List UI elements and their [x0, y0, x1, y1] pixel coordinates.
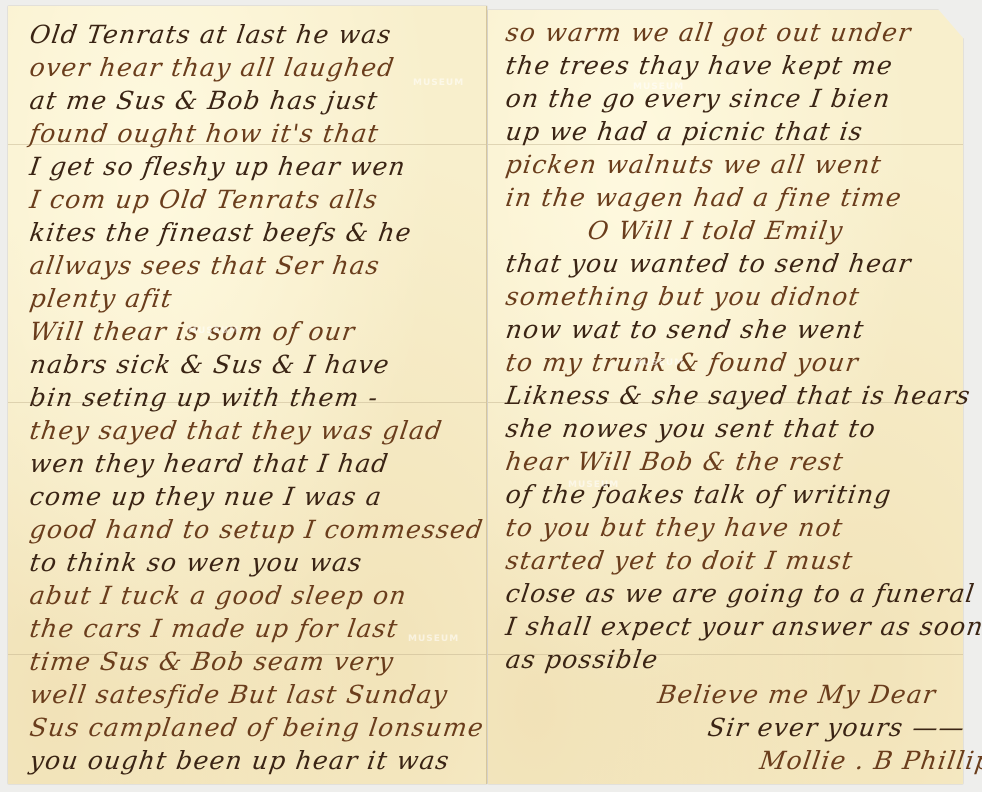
- handwritten-line: at me Sus & Bob has just: [28, 86, 380, 115]
- folded-corner: [938, 9, 964, 39]
- handwritten-line: hear Will Bob & the rest: [504, 447, 846, 476]
- handwritten-line: allways sees that Ser has: [28, 251, 382, 280]
- handwritten-line: to think so wen you was: [28, 548, 364, 577]
- watermark-stamp: MUSEUM: [188, 326, 239, 336]
- handwritten-line: the trees thay have kept me: [504, 51, 895, 80]
- watermark-stamp: MUSEUM: [413, 78, 464, 88]
- handwritten-line: to you but they have not: [504, 513, 845, 542]
- handwritten-line: on the go every since I bien: [504, 84, 893, 113]
- closing-salutation: Sir ever yours ——: [706, 713, 967, 742]
- signature: Mollie . B Phillips: [758, 746, 982, 775]
- handwritten-line: nabrs sick & Sus & I have: [28, 350, 392, 379]
- handwritten-line: time Sus & Bob seam very: [28, 647, 396, 676]
- watermark-stamp: MUSEUM: [568, 480, 619, 490]
- handwritten-line: I shall expect your answer as soon: [504, 612, 982, 641]
- handwritten-line: close as we are going to a funeral: [504, 579, 977, 608]
- closing-salutation: Believe me My Dear: [656, 680, 938, 709]
- handwritten-line: started yet to doit I must: [504, 546, 855, 575]
- handwritten-line: O Will I told Emily: [586, 216, 845, 245]
- watermark-stamp: MUSEUM: [408, 634, 459, 644]
- handwritten-line: plenty afit: [28, 284, 174, 313]
- handwritten-line: of the foakes talk of writing: [504, 480, 894, 509]
- handwritten-line: they sayed that they was glad: [28, 416, 445, 445]
- handwritten-line: abut I tuck a good sleep on: [28, 581, 409, 610]
- handwritten-line: something but you didnot: [504, 282, 862, 311]
- handwritten-line: well satesfide But last Sunday: [28, 680, 450, 709]
- handwritten-line: Likness & she sayed that is hears: [504, 381, 973, 410]
- handwritten-line: Sus camplaned of being lonsume: [28, 713, 486, 742]
- watermark-stamp: MUSEUM: [633, 82, 684, 92]
- watermark-stamp: MUSEUM: [633, 358, 684, 368]
- handwritten-line: kites the fineast beefs & he: [28, 218, 414, 247]
- handwritten-line: the cars I made up for last: [28, 614, 400, 643]
- handwritten-line: she nowes you sent that to: [504, 414, 878, 443]
- handwritten-line: in the wagen had a fine time: [504, 183, 904, 212]
- handwritten-line: come up they nue I was a: [28, 482, 384, 511]
- handwritten-line: so warm we all got out under: [504, 18, 914, 47]
- handwritten-line: now wat to send she went: [504, 315, 866, 344]
- handwritten-line: picken walnuts we all went: [504, 150, 884, 179]
- handwritten-line: wen they heard that I had: [28, 449, 391, 478]
- letter-page-right: so warm we all got out under the trees t…: [488, 10, 963, 784]
- handwritten-line: you ought been up hear it was: [28, 746, 452, 775]
- letter-page-left: Old Tenrats at last he was over hear tha…: [8, 6, 487, 784]
- handwritten-line: good hand to setup I commessed: [28, 515, 485, 544]
- handwritten-line: I com up Old Tenrats alls: [28, 185, 380, 214]
- handwritten-line: I get so fleshy up hear wen: [28, 152, 408, 181]
- handwritten-line: over hear thay all laughed: [28, 53, 397, 82]
- handwritten-line: as possible: [504, 645, 660, 674]
- handwritten-line: found ought how it's that: [28, 119, 381, 148]
- handwritten-line: that you wanted to send hear: [504, 249, 914, 278]
- handwritten-line: up we had a picnic that is: [504, 117, 865, 146]
- handwritten-line: bin seting up with them -: [28, 383, 380, 412]
- handwritten-line: Old Tenrats at last he was: [28, 20, 394, 49]
